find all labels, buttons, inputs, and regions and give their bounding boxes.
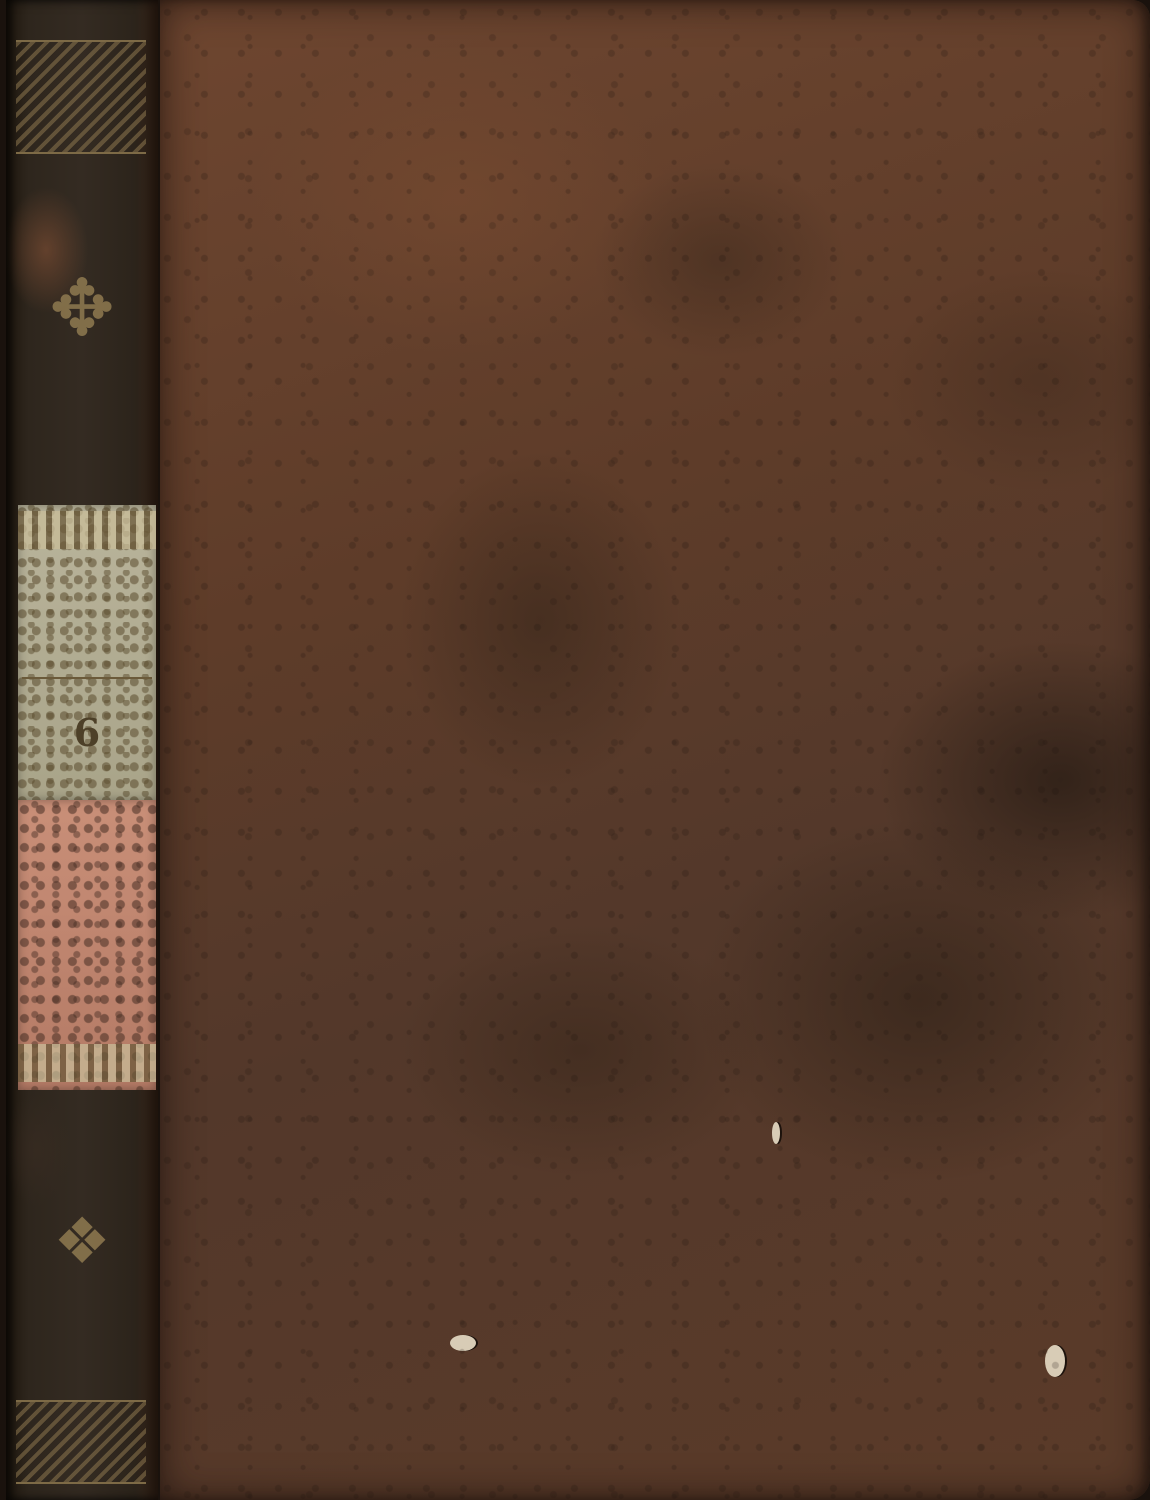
gilt-band-top <box>16 40 146 154</box>
knot-ornament-icon: ❖ <box>6 1210 158 1274</box>
spine-author-label <box>18 800 156 1090</box>
label-border <box>18 1044 156 1082</box>
wormhole <box>450 1335 476 1351</box>
label-border <box>18 511 156 549</box>
wormhole <box>772 1122 780 1144</box>
wormhole <box>1045 1345 1065 1377</box>
spine-title-label: 6 <box>18 505 156 800</box>
front-cover <box>160 0 1150 1500</box>
volume-number: 6 <box>18 710 156 755</box>
label-rule <box>22 677 152 679</box>
book: ✥ 6 ❖ <box>0 0 1150 1500</box>
spine: ✥ 6 ❖ <box>6 0 158 1500</box>
fleuron-ornament-icon: ✥ <box>6 270 158 348</box>
gilt-band-bottom <box>16 1400 146 1484</box>
